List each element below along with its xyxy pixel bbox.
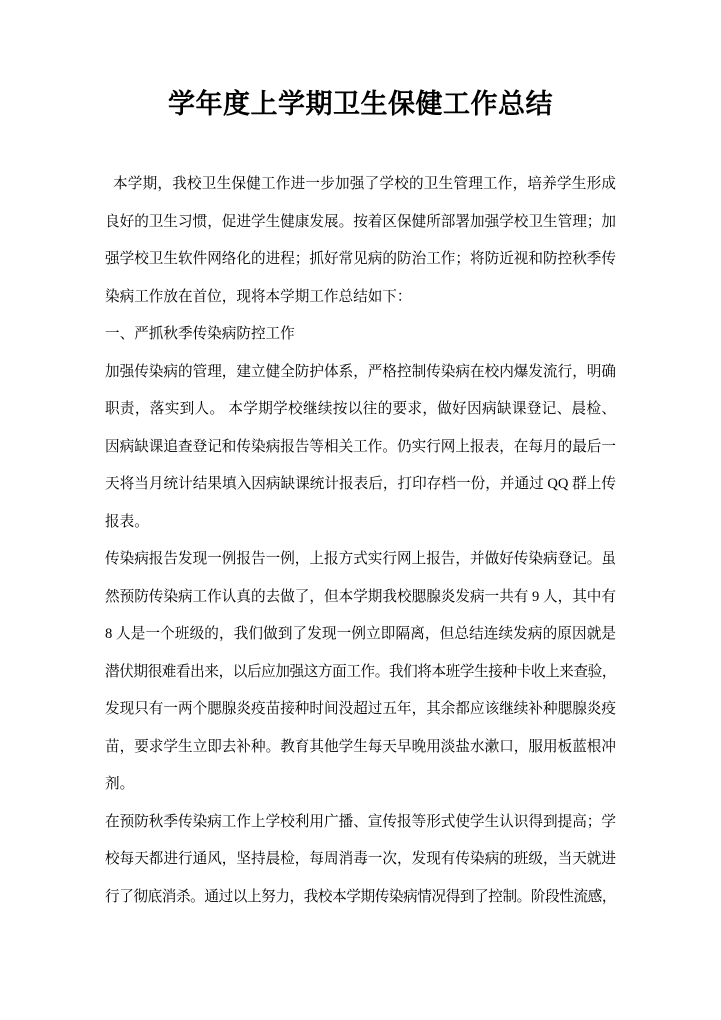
text-line: 发现只有一两个腮腺炎疫苗接种时间没超过五年，其余都应该继续补种腮腺炎疫 <box>105 691 616 729</box>
text-line: 加强传染病的管理，建立健全防护体系，严格控制传染病在校内爆发流行，明确 <box>105 354 616 392</box>
document-title: 学年度上学期卫生保健工作总结 <box>0 84 721 124</box>
text-line: 然预防传染病工作认真的去做了，但本学期我校腮腺炎发病一共有 9 人，其中有 <box>105 579 616 617</box>
text-line: 潜伏期很难看出来，以后应加强这方面工作。我们将本班学生接种卡收上来查验， <box>105 654 616 692</box>
text-line: 苗，要求学生立即去补种。教育其他学生每天早晚用淡盐水漱口，服用板蓝根冲 <box>105 729 616 767</box>
text-line: 8 人是一个班级的，我们做到了发现一例立即隔离，但总结连续发病的原因就是 <box>105 616 616 654</box>
text-line: 因病缺课追查登记和传染病报告等相关工作。仍实行网上报表，在每月的最后一 <box>105 429 616 467</box>
text-line: 在预防秋季传染病工作上学校利用广播、宣传报等形式使学生认识得到提高；学 <box>105 804 616 842</box>
text-line: 职责，落实到人。 本学期学校继续按以往的要求，做好因病缺课登记、晨检、 <box>105 391 616 429</box>
text-line: 报表。 <box>105 504 616 542</box>
text-line: 传染病报告发现一例报告一例，上报方式实行网上报告，并做好传染病登记。虽 <box>105 541 616 579</box>
text-line: 剂。 <box>105 766 616 804</box>
text-line: 本学期，我校卫生保健工作进一步加强了学校的卫生管理工作，培养学生形成 <box>105 166 616 204</box>
text-line: 行了彻底消杀。通过以上努力，我校本学期传染病情况得到了控制。阶段性流感， <box>105 879 616 917</box>
section-heading: 一、严抓秋季传染病防控工作 <box>105 316 616 354</box>
text-line: 天将当月统计结果填入因病缺课统计报表后，打印存档一份，并通过 QQ 群上传 <box>105 466 616 504</box>
text-line: 良好的卫生习惯，促进学生健康发展。按着区保健所部署加强学校卫生管理；加 <box>105 204 616 242</box>
text-line: 强学校卫生软件网络化的进程；抓好常见病的防治工作；将防近视和防控秋季传 <box>105 241 616 279</box>
document-page: 学年度上学期卫生保健工作总结 本学期，我校卫生保健工作进一步加强了学校的卫生管理… <box>0 0 721 1020</box>
document-body: 本学期，我校卫生保健工作进一步加强了学校的卫生管理工作，培养学生形成 良好的卫生… <box>105 166 616 916</box>
text-line: 校每天都进行通风，坚持晨检，每周消毒一次，发现有传染病的班级，当天就进 <box>105 841 616 879</box>
text-line: 染病工作放在首位，现将本学期工作总结如下： <box>105 279 616 317</box>
